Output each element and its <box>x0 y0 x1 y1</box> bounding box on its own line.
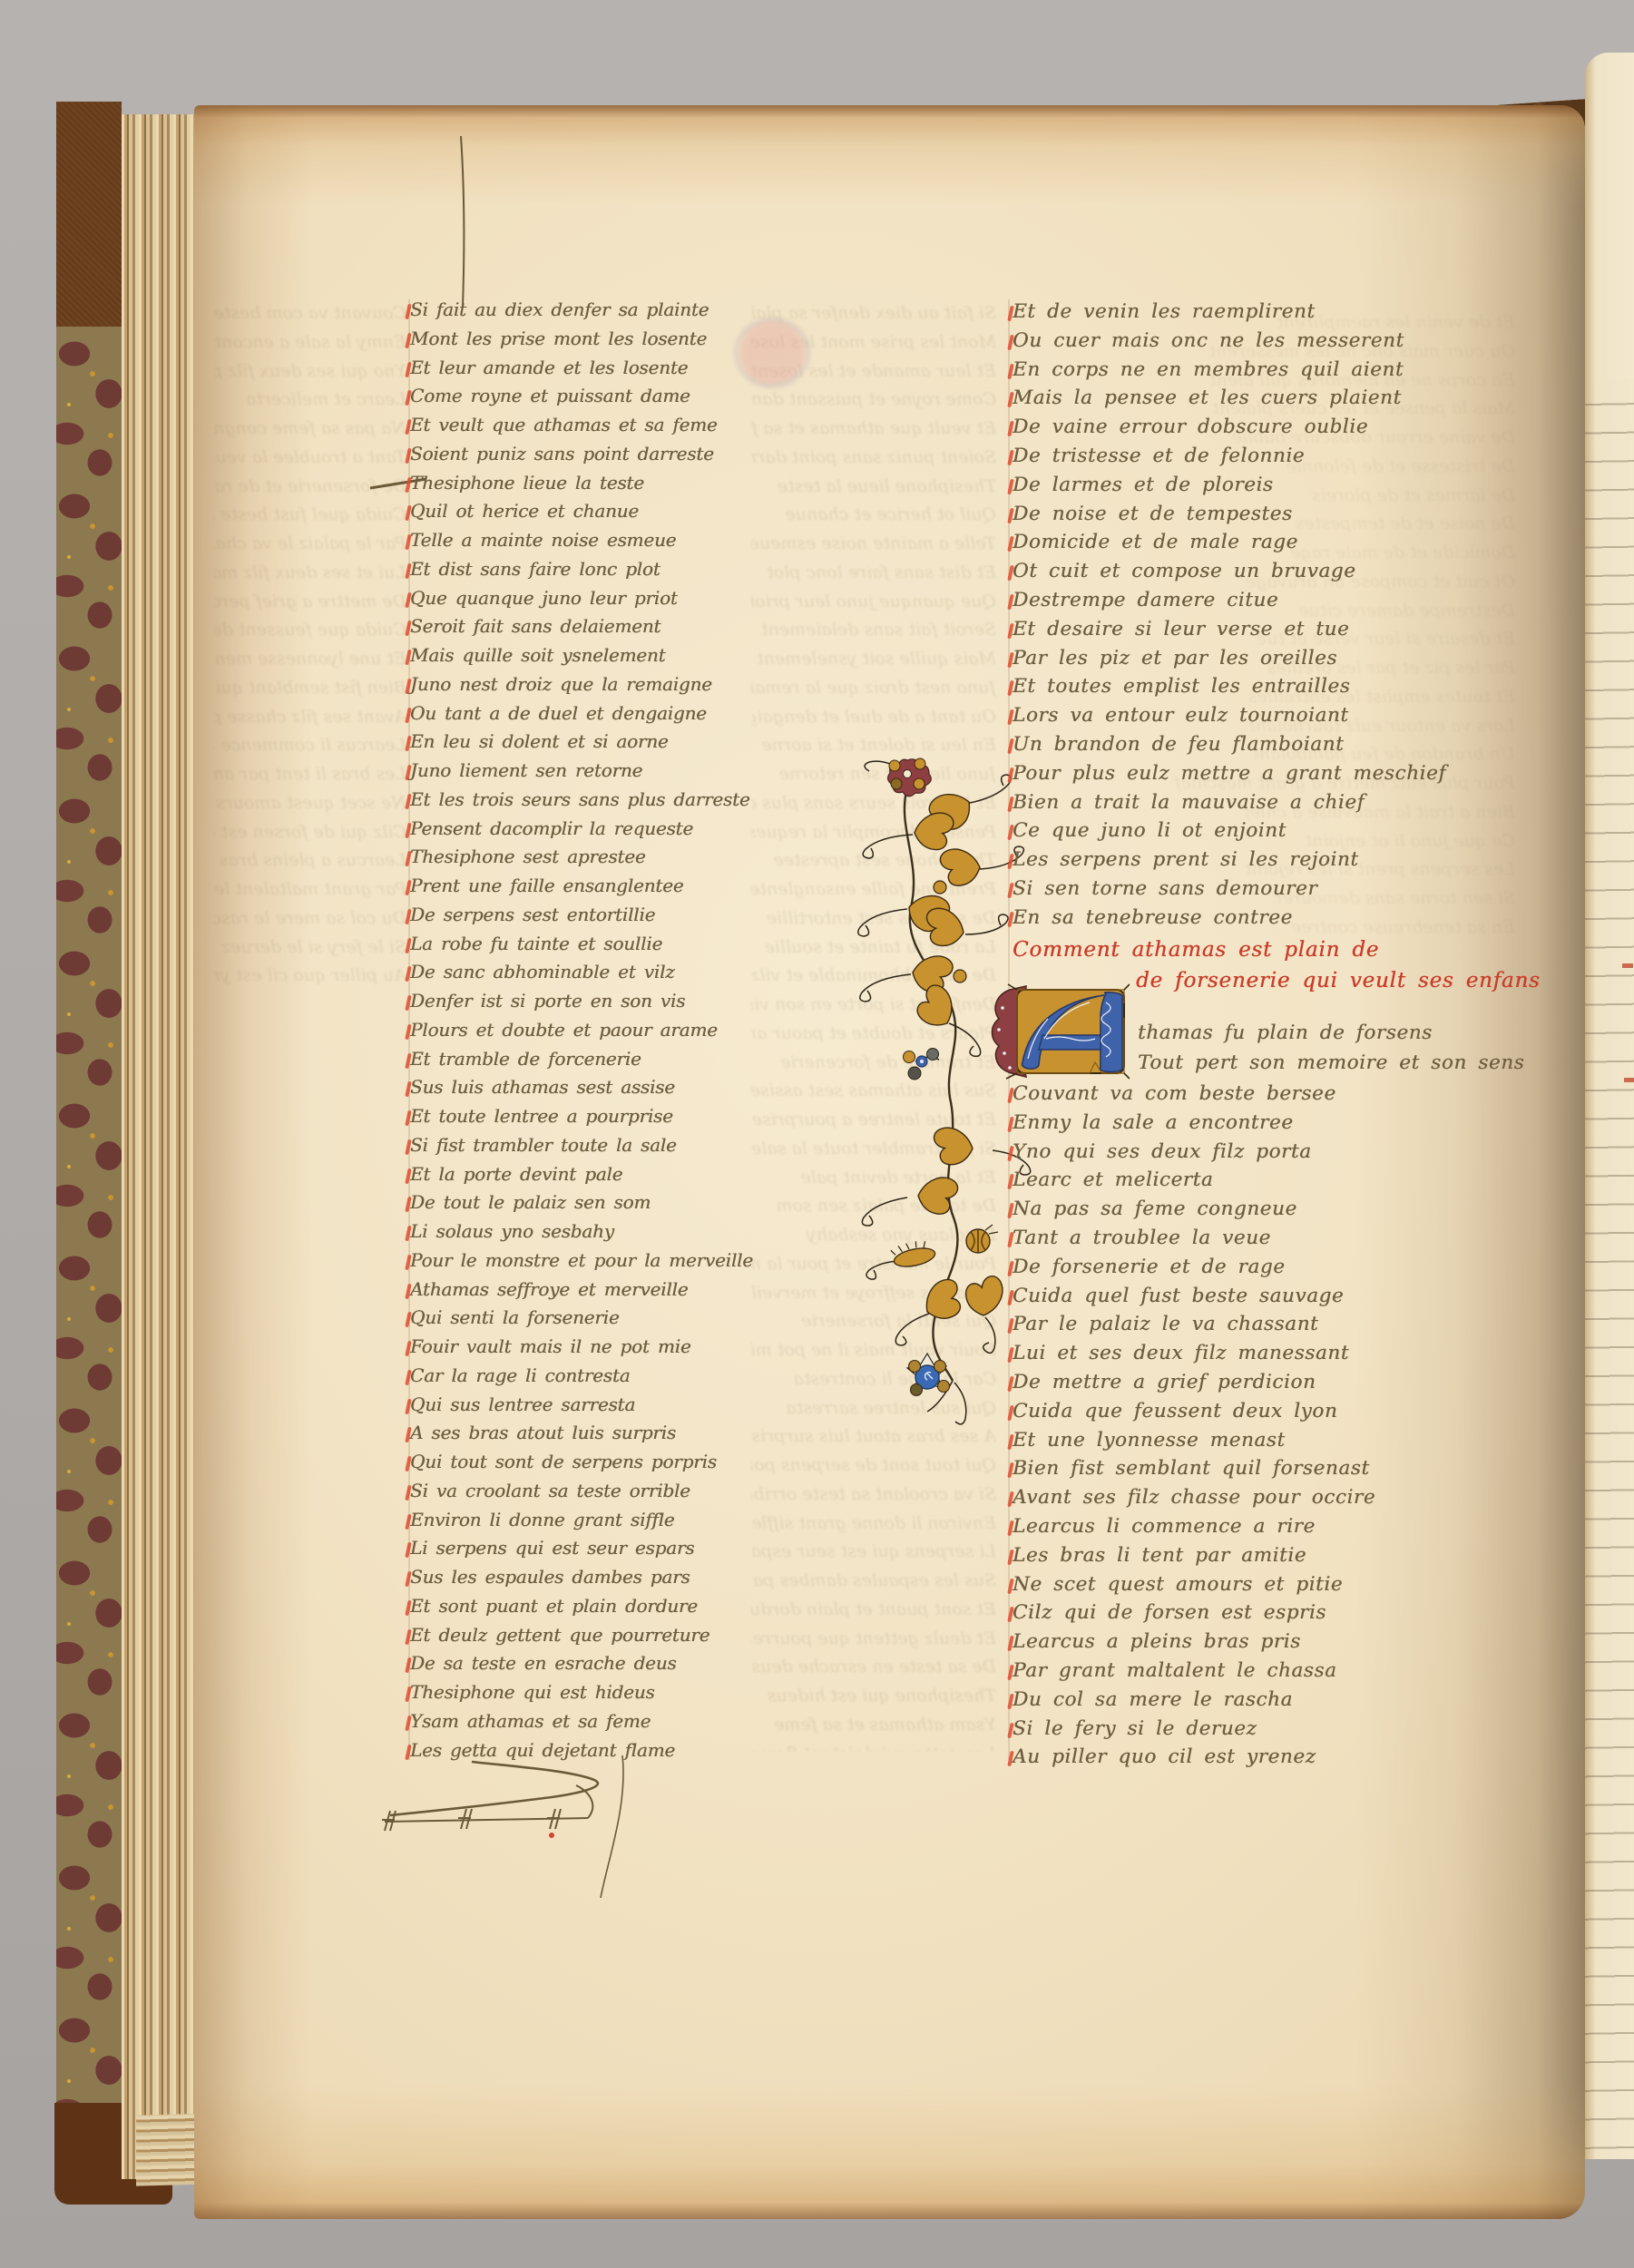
verse-line: Learc et melicerta <box>1013 1166 1521 1195</box>
verse-line: Ne scet quest amours et pitie <box>1013 1570 1521 1599</box>
verse-line: De vaine errour dobscure oublie <box>1013 413 1521 442</box>
verse-line: En leu si dolent et si aorne <box>410 728 773 757</box>
right-text-column-beside-initial: thamas fu plain de forsens Tout pert son… <box>1138 1018 1528 1078</box>
verse-line: Juno nest droiz que la remaigne <box>410 670 773 699</box>
verse-line: De larmes et de ploreis <box>1013 471 1521 500</box>
verse-line: Et tramble de forcenerie <box>410 1045 773 1074</box>
verse-line: Avant ses filz chasse pour occire <box>1013 1483 1521 1512</box>
verse-line: Li solaus yno sesbahy <box>410 1217 773 1246</box>
verse-line: Bien a trait la mauvaise a chief <box>1013 788 1521 817</box>
verse-line: Car la rage li contresta <box>410 1362 773 1391</box>
right-text-column-upper: Et de venin les raemplirent Ou cuer mais… <box>1013 298 1521 933</box>
verse-line: Pour plus eulz mettre a grant meschief <box>1013 759 1521 788</box>
verse-line: Et de venin les raemplirent <box>1013 298 1521 327</box>
verse-line: Si le fery si le deruez <box>1013 1715 1521 1744</box>
verse-line: Couvant va com beste bersee <box>1013 1080 1521 1109</box>
verse-line: Par le palaiz le va chassant <box>1013 1310 1521 1339</box>
verse-line: Par grant maltalent le chassa <box>1013 1657 1521 1686</box>
verse-line: Ce que juno li ot enjoint <box>1013 816 1521 846</box>
verse-line: Du col sa mere le rascha <box>1013 1686 1521 1715</box>
verse-line: thamas fu plain de forsens <box>1138 1018 1528 1048</box>
verse-line: Thesiphone lieue la teste <box>410 469 773 498</box>
verse-line: Lors va entour eulz tournoiant <box>1013 701 1521 730</box>
next-leaf-top-corner <box>1585 53 1634 379</box>
verse-line: Qui senti la forsenerie <box>410 1304 773 1333</box>
verse-line: De sanc abhominable et vilz <box>410 958 773 987</box>
verse-line: Qui sus lentree sarresta <box>410 1391 773 1420</box>
verse-line: De sa teste en esrache deus <box>410 1649 773 1678</box>
verse-line: Et une lyonnesse menast <box>1013 1426 1521 1455</box>
verse-line: Learcus li commence a rire <box>1013 1512 1521 1541</box>
right-text-column-lower: Couvant va com beste bersee Enmy la sale… <box>1013 1080 1521 1772</box>
verse-line: Mais la pensee et les cuers plaient <box>1013 384 1521 413</box>
manuscript-photo: Couvant va com beste berseeEnmy la sale … <box>0 0 1634 2268</box>
verse-line: Juno liement sen retorne <box>410 757 773 786</box>
illuminated-initial-A <box>990 982 1130 1080</box>
verse-line: Cuida que feussent deux lyon <box>1013 1397 1521 1426</box>
verse-line: Ou tant a de duel et dengaigne <box>410 699 773 728</box>
verse-line: Et toutes emplist les entrailles <box>1013 672 1521 701</box>
verse-line: Pour le monstre et pour la merveille <box>410 1246 773 1276</box>
verse-line: La robe fu tainte et soullie <box>410 930 773 959</box>
verse-line: Thesiphone sest aprestee <box>410 843 773 872</box>
verse-line: Ot cuit et compose un bruvage <box>1013 557 1521 586</box>
verse-line: Bien fist semblant quil forsenast <box>1013 1454 1521 1483</box>
verse-line: Mont les prise mont les losente <box>410 325 773 354</box>
verse-line: Ou cuer mais onc ne les messerent <box>1013 327 1521 356</box>
verse-line: Les getta qui dejetant flame <box>410 1736 773 1765</box>
verse-line: Environ li donne grant siffle <box>410 1506 773 1535</box>
verse-line: Come royne et puissant dame <box>410 382 773 411</box>
verse-line: Denfer ist si porte en son vis <box>410 987 773 1016</box>
verse-line: Les serpens prent si les rejoint <box>1013 846 1521 875</box>
verse-line: Seroit fait sans delaiement <box>410 612 773 641</box>
fore-edge-red-rubric-tick <box>1624 1078 1634 1082</box>
verse-line: De tristesse et de felonnie <box>1013 442 1521 471</box>
verse-line: Et veult que athamas et sa feme <box>410 411 773 440</box>
verse-line: De tout le palaiz sen som <box>410 1188 773 1217</box>
fore-edge-red-rubric-tick <box>1622 963 1633 968</box>
verse-line: Et deulz gettent que pourreture <box>410 1621 773 1650</box>
verse-line: Cilz qui de forsen est espris <box>1013 1598 1521 1628</box>
verse-line: Tout pert son memoire et son sens <box>1138 1048 1528 1078</box>
left-text-column: Si fait au diex denfer sa plainte Mont l… <box>410 296 773 1765</box>
verse-line: Lui et ses deux filz manessant <box>1013 1339 1521 1368</box>
verse-line: Et leur amande et les losente <box>410 354 773 383</box>
verse-line: Quil ot herice et chanue <box>410 497 773 526</box>
verse-line: Par les piz et par les oreilles <box>1013 644 1521 673</box>
verse-line: Cuida quel fust beste sauvage <box>1013 1282 1521 1311</box>
spine-marbled-cover <box>56 327 122 2105</box>
verse-line: Ysam athamas et sa feme <box>410 1707 773 1736</box>
verse-line: Sus luis athamas sest assise <box>410 1073 773 1102</box>
page-stack-edges-left <box>122 114 196 2179</box>
verse-line: Et les trois seurs sans plus darreste <box>410 786 773 815</box>
spine-leather-top <box>56 102 122 328</box>
verse-line: Qui tout sont de serpens porpris <box>410 1448 773 1477</box>
verse-line: Prent une faille ensanglentee <box>410 872 773 901</box>
verse-line: A ses bras atout luis surpris <box>410 1419 773 1448</box>
verse-line: Un brandon de feu flamboiant <box>1013 730 1521 759</box>
verse-line: Les bras li tent par amitie <box>1013 1541 1521 1570</box>
verse-line: Soient puniz sans point darreste <box>410 440 773 469</box>
verse-line: Et la porte devint pale <box>410 1160 773 1189</box>
verse-line: De noise et de tempestes <box>1013 500 1521 529</box>
verse-line: De mettre a grief perdicion <box>1013 1368 1521 1397</box>
verse-line: Telle a mainte noise esmeue <box>410 526 773 555</box>
verse-line: Domicide et de male rage <box>1013 528 1521 557</box>
verse-line: Mais quille soit ysnelement <box>410 641 773 670</box>
verse-line: Sus les espaules dambes pars <box>410 1563 773 1592</box>
verse-line: Pensent dacomplir la requeste <box>410 815 773 844</box>
verse-line: Na pas sa feme congneue <box>1013 1195 1521 1224</box>
verse-line: Li serpens qui est seur espars <box>410 1534 773 1563</box>
verse-line: Que quanque juno leur priot <box>410 584 773 613</box>
verse-line: Athamas seffroye et merveille <box>410 1276 773 1305</box>
verse-line: Plours et doubte et paour arame <box>410 1016 773 1045</box>
verse-line: Et sont puant et plain dordure <box>410 1592 773 1621</box>
verse-line: De serpens sest entortillie <box>410 901 773 930</box>
verse-line: Enmy la sale a encontree <box>1013 1109 1521 1138</box>
verse-line: En sa tenebreuse contree <box>1013 904 1521 933</box>
verse-line: En corps ne en membres quil aient <box>1013 356 1521 385</box>
verse-line: Thesiphone qui est hideus <box>410 1678 773 1707</box>
verse-line: Si fist trambler toute la sale <box>410 1131 773 1160</box>
verse-line: Si sen torne sans demourer <box>1013 875 1521 904</box>
verse-line: Si fait au diex denfer sa plainte <box>410 296 773 325</box>
verse-line: De forsenerie et de rage <box>1013 1253 1521 1282</box>
verse-line: Si va croolant sa teste orrible <box>410 1477 773 1506</box>
verse-line: Tant a troublee la veue <box>1013 1224 1521 1253</box>
verse-line: Et desaire si leur verse et tue <box>1013 615 1521 644</box>
verse-line: Et toute lentree a pourprise <box>410 1102 773 1131</box>
rubric-line: Comment athamas est plain de <box>1013 934 1521 965</box>
verse-line: Fouir vault mais il ne pot mie <box>410 1333 773 1362</box>
verse-line: Learcus a pleins bras pris <box>1013 1628 1521 1657</box>
verse-line: Destrempe damere citue <box>1013 586 1521 615</box>
verse-line: Au piller quo cil est yrenez <box>1013 1743 1521 1772</box>
verse-line: Et dist sans faire lonc plot <box>410 555 773 584</box>
verse-line: Yno qui ses deux filz porta <box>1013 1138 1521 1167</box>
